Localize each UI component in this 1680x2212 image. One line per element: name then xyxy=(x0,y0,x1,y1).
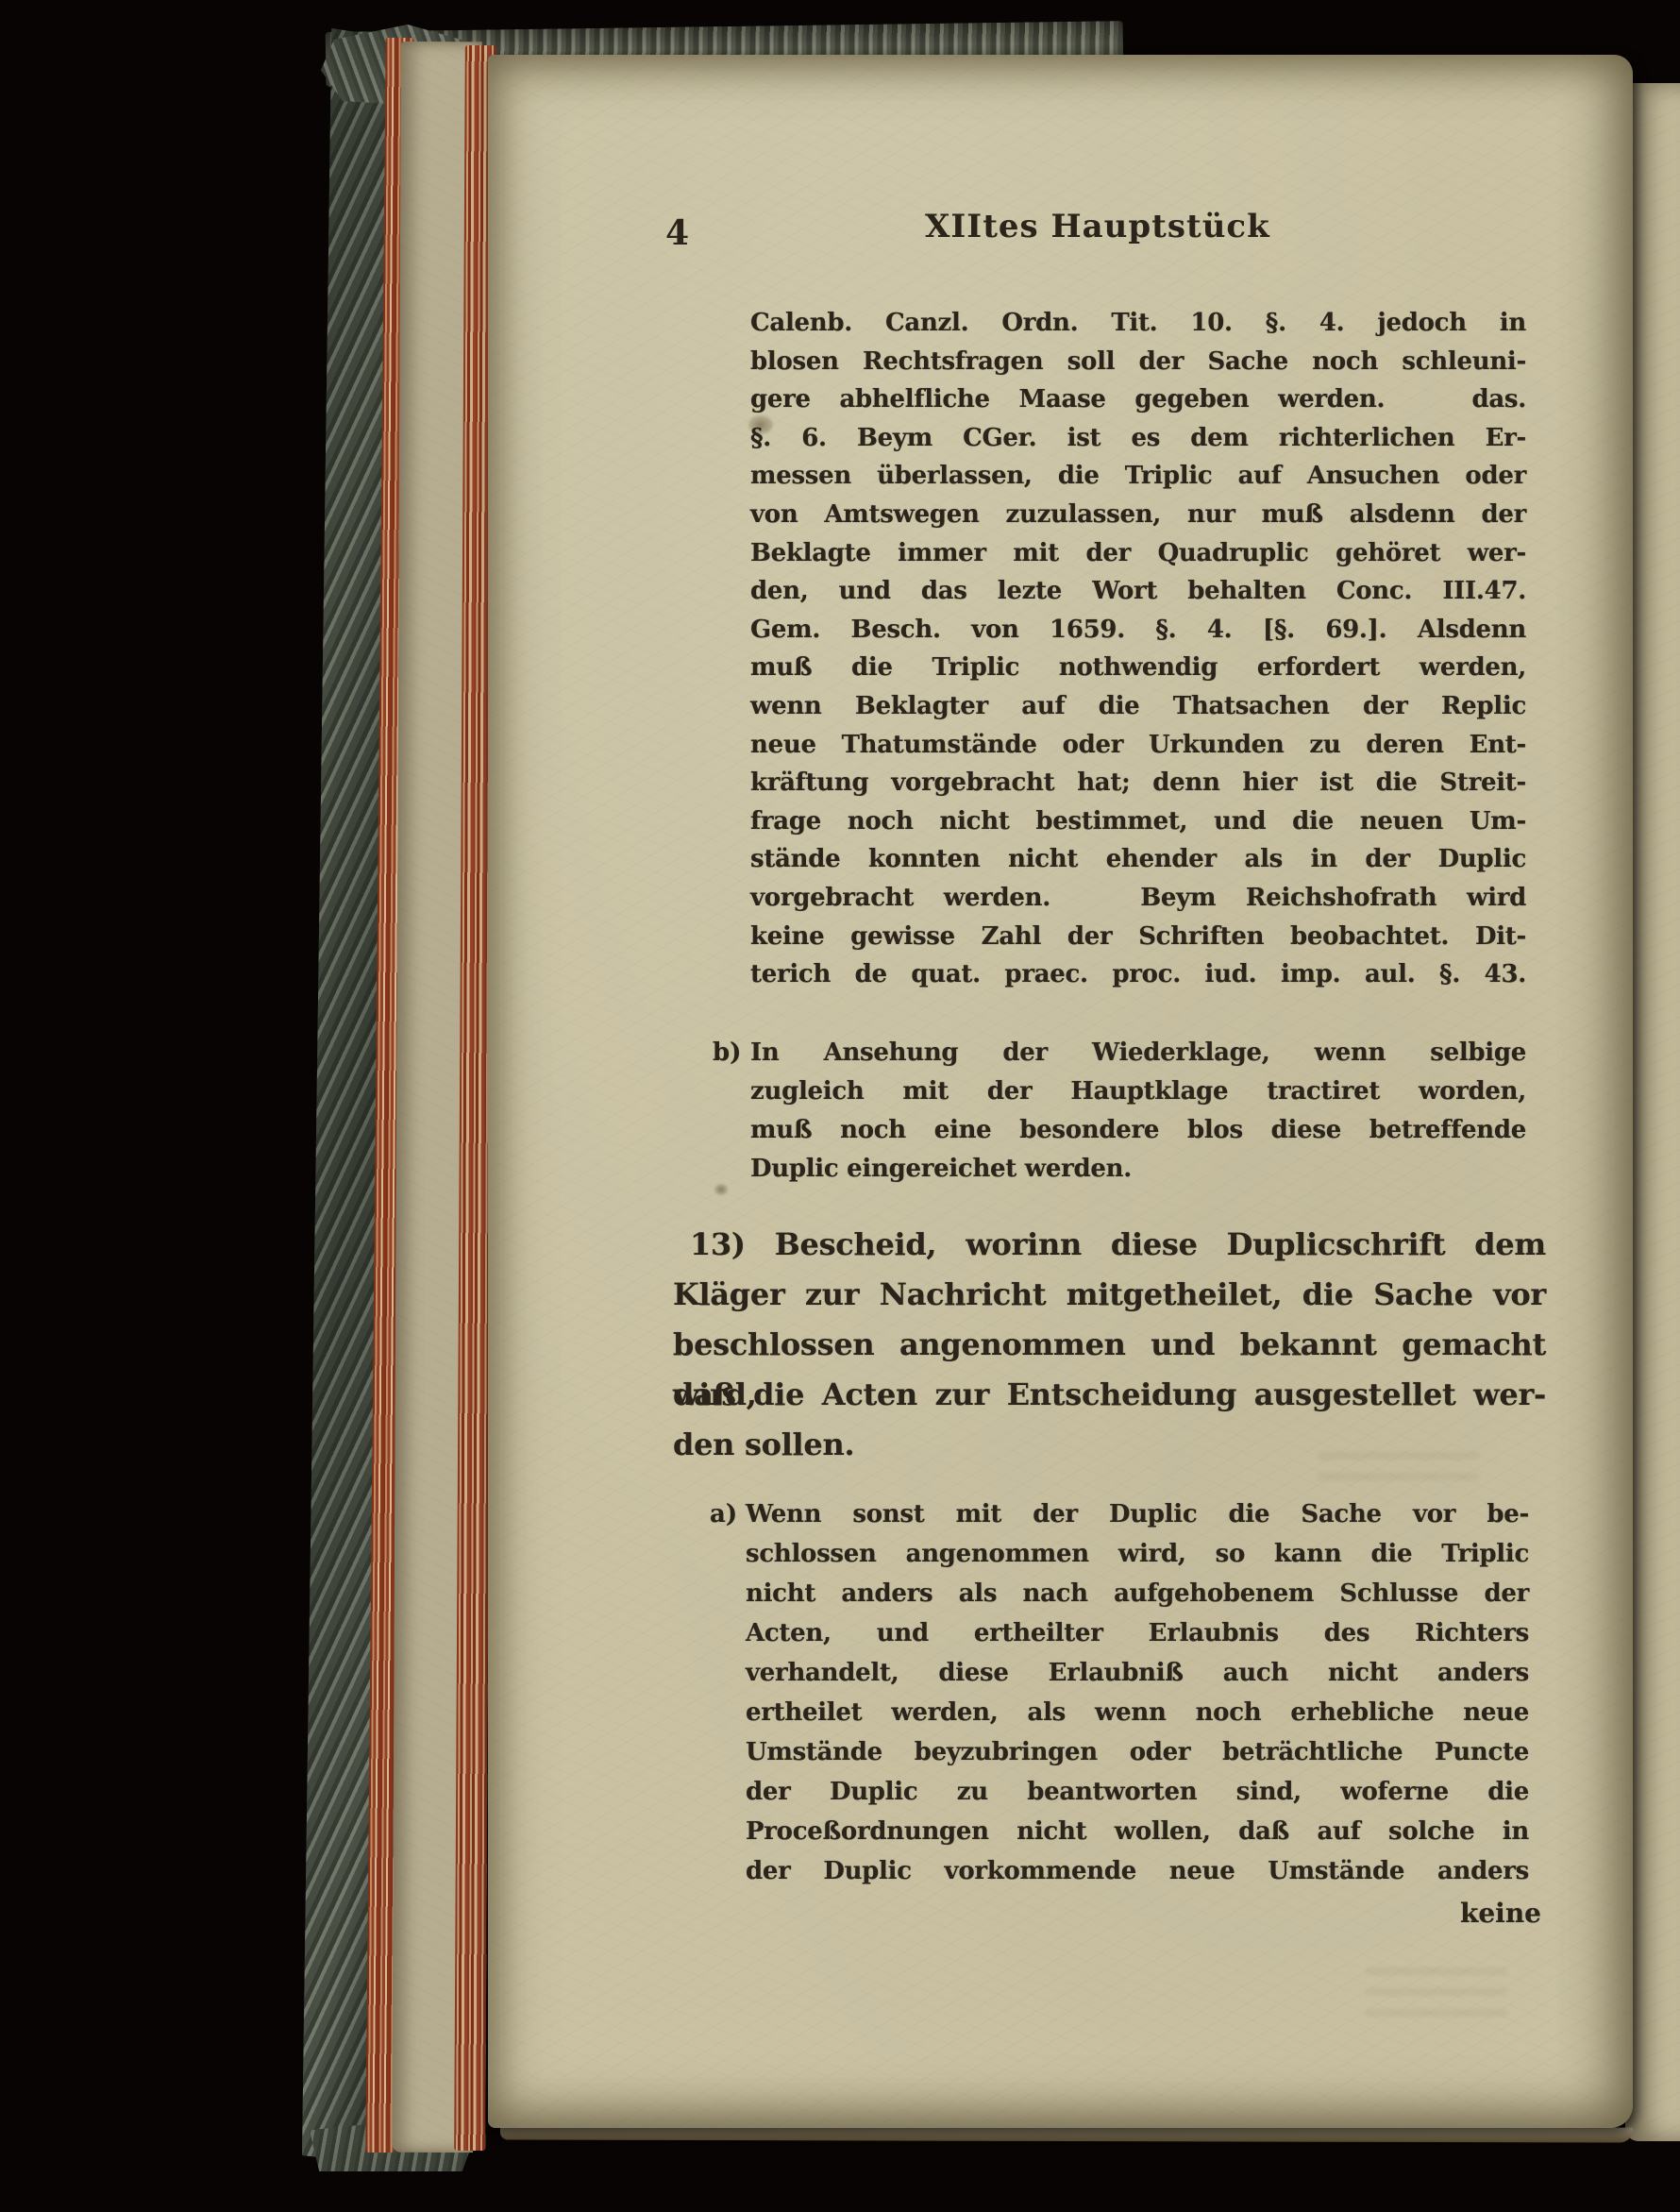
footnote-continuation-block: Calenb. Canzl. Ordn. Tit. 10. §. 4. jedo… xyxy=(750,304,1526,994)
text-line: In Ansehung der Wiederklage, wenn selbig… xyxy=(750,1034,1526,1072)
text-line: Acten, und ertheilter Erlaubnis des Rich… xyxy=(746,1613,1529,1653)
footnote-b-block: b) In Ansehung der Wiederklage, wenn sel… xyxy=(750,1034,1526,1189)
text-line: beschlossen angenommen und bekannt gemac… xyxy=(673,1320,1546,1370)
catchword: keine xyxy=(746,1898,1541,1929)
text-line: Beklagte immer mit der Quadruplic gehöre… xyxy=(750,534,1526,573)
text-line: nicht anders als nach aufgehobenem Schlu… xyxy=(746,1574,1529,1613)
book-page: 4 XIItes Hauptstück Calenb. Canzl. Ordn.… xyxy=(488,55,1633,2128)
text-line: verhandelt, diese Erlaubniß auch nicht a… xyxy=(746,1653,1529,1693)
note-marker-b: b) xyxy=(713,1034,741,1072)
text-line: terich de quat. praec. proc. iud. imp. a… xyxy=(750,955,1526,994)
next-page-sliver xyxy=(1625,83,1680,2141)
text-line: Proceßordnungen nicht wollen, daß auf so… xyxy=(746,1812,1529,1851)
text-line: stände konnten nicht ehender als in der … xyxy=(750,840,1526,879)
section-13-paragraph: 13) Bescheid, worinn diese Duplicschrift… xyxy=(673,1220,1546,1470)
text-line: neue Thatumstände oder Urkunden zu deren… xyxy=(750,726,1526,765)
text-line: der Duplic zu beantworten sind, woferne … xyxy=(746,1772,1529,1812)
text-line: Gem. Besch. von 1659. §. 4. [§. 69.]. Al… xyxy=(750,611,1526,650)
text-line: wenn Beklagter auf die Thatsachen der Re… xyxy=(750,687,1526,726)
text-line: von Amtswegen zuzulassen, nur muß alsden… xyxy=(750,496,1526,534)
text-line: frage noch nicht bestimmet, und die neue… xyxy=(750,802,1526,841)
footnote-a-block: a) Wenn sonst mit der Duplic die Sache v… xyxy=(746,1494,1529,1891)
text-line: muß die Triplic nothwendig erfordert wer… xyxy=(750,649,1526,687)
text-line: gere abhelfliche Maase gegeben werden. d… xyxy=(750,380,1526,419)
ink-stain xyxy=(714,1184,728,1195)
text-line: der Duplic vorkommende neue Umstände and… xyxy=(746,1851,1529,1891)
text-line: blosen Rechtsfragen soll der Sache noch … xyxy=(750,343,1526,381)
text-line: Duplic eingereichet werden. xyxy=(750,1150,1526,1189)
page-number: 4 xyxy=(665,213,689,253)
text-line: keine gewisse Zahl der Schriften beobach… xyxy=(750,918,1526,956)
text-line: §. 6. Beym CGer. ist es dem richterliche… xyxy=(750,419,1526,458)
footnote-a-lines: Wenn sonst mit der Duplic die Sache vor … xyxy=(746,1494,1529,1891)
book-scan-scene: 4 XIItes Hauptstück Calenb. Canzl. Ordn.… xyxy=(0,0,1680,2212)
show-through-marks xyxy=(1366,1967,1507,2024)
text-line: zugleich mit der Hauptklage tractiret wo… xyxy=(750,1072,1526,1111)
text-line: messen überlassen, die Triplic auf Ansuc… xyxy=(750,457,1526,496)
text-line: 13) Bescheid, worinn diese Duplicschrift… xyxy=(673,1220,1546,1270)
text-line: Calenb. Canzl. Ordn. Tit. 10. §. 4. jedo… xyxy=(750,304,1526,343)
text-line: den, und das lezte Wort behalten Conc. I… xyxy=(750,572,1526,611)
text-line: kräftung vorgebracht hat; denn hier ist … xyxy=(750,764,1526,802)
text-line: den sollen. xyxy=(673,1420,1546,1470)
text-line: schlossen angenommen wird, so kann die T… xyxy=(746,1534,1529,1574)
note-marker-a: a) xyxy=(710,1494,737,1534)
text-line: Umstände beyzubringen oder beträchtliche… xyxy=(746,1732,1529,1772)
text-line: Kläger zur Nachricht mitgetheilet, die S… xyxy=(673,1270,1546,1320)
text-line: muß noch eine besondere blos diese betre… xyxy=(750,1111,1526,1150)
text-line: vorgebracht werden. Beym Reichshofrath w… xyxy=(750,879,1526,918)
text-line: Wenn sonst mit der Duplic die Sache vor … xyxy=(746,1494,1529,1534)
footnote-b-lines: In Ansehung der Wiederklage, wenn selbig… xyxy=(750,1034,1526,1189)
running-header: XIItes Hauptstück xyxy=(925,208,1270,245)
text-line: ertheilet werden, als wenn noch erheblic… xyxy=(746,1693,1529,1732)
text-line: daß die Acten zur Entscheidung ausgestel… xyxy=(673,1370,1546,1420)
